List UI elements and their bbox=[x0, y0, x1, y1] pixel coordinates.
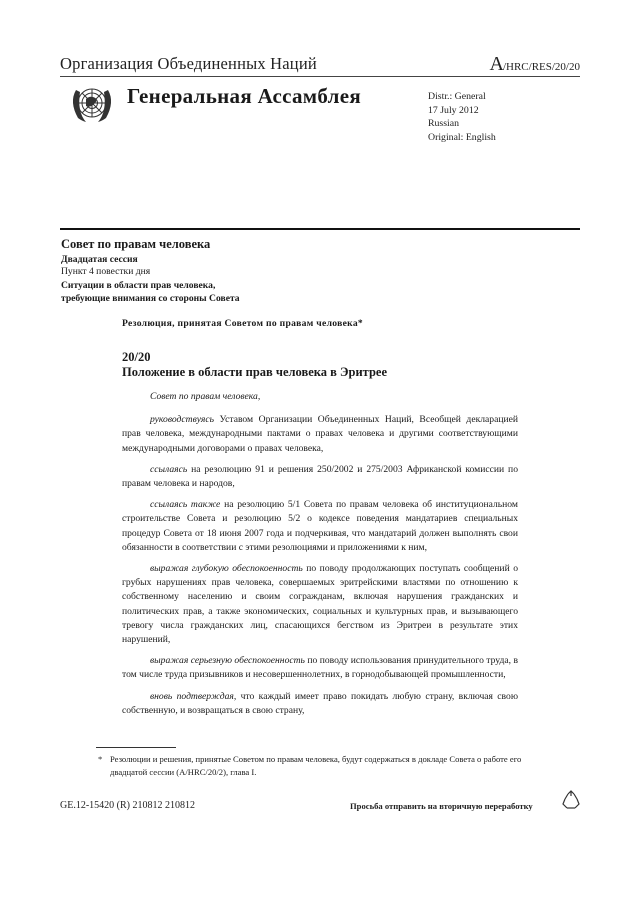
distribution-block: Distr.: General 17 July 2012 Russian Ori… bbox=[428, 90, 496, 144]
resolution-number: 20/20 bbox=[122, 350, 150, 365]
organization-name: Организация Объединенных Наций bbox=[60, 54, 317, 74]
document-symbol: A/HRC/RES/20/20 bbox=[490, 53, 580, 76]
paragraph-lead: вновь подтверждая bbox=[150, 691, 234, 702]
agenda-item: Пункт 4 повестки дня bbox=[61, 266, 150, 277]
assembly-title: Генеральная Ассамблея bbox=[127, 84, 361, 109]
footnote-rule bbox=[96, 747, 176, 748]
resolution-body: Совет по правам человека, руководствуясь… bbox=[122, 390, 518, 725]
paragraph-lead: ссылаясь также bbox=[150, 499, 220, 510]
footnote-text: Резолюции и решения, принятые Советом по… bbox=[110, 754, 521, 777]
preamble-paragraph: выражая серьезную обеспокоенность по пов… bbox=[122, 654, 518, 682]
header-rule bbox=[60, 76, 580, 77]
paragraph-lead: ссылаясь bbox=[150, 464, 187, 475]
agenda-title-line: Ситуации в области прав человека, bbox=[61, 279, 240, 292]
footnote-mark: * bbox=[98, 753, 102, 766]
distr-original: Original: English bbox=[428, 131, 496, 145]
un-emblem-icon bbox=[66, 82, 118, 126]
preamble-paragraph: ссылаясь на резолюцию 91 и решения 250/2… bbox=[122, 463, 518, 491]
section-rule bbox=[60, 228, 580, 230]
distr-language: Russian bbox=[428, 117, 496, 131]
session-label: Двадцатая сессия bbox=[61, 254, 138, 265]
paragraph-lead: Совет по правам человека, bbox=[150, 391, 260, 402]
council-name: Совет по правам человека bbox=[61, 237, 210, 252]
paragraph-lead: руководствуясь bbox=[150, 414, 214, 425]
resolution-title: Положение в области прав человека в Эрит… bbox=[122, 365, 387, 380]
recycle-icon bbox=[561, 790, 581, 812]
document-code: GE.12-15420 (R) 210812 210812 bbox=[60, 800, 195, 811]
agenda-title-line: требующие внимания со стороны Совета bbox=[61, 292, 240, 305]
preamble-paragraph: Совет по правам человека, bbox=[122, 390, 518, 404]
recycle-notice: Просьба отправить на вторичную переработ… bbox=[350, 801, 533, 811]
preamble-paragraph: выражая глубокую обеспокоенность по пово… bbox=[122, 562, 518, 647]
symbol-rest: /HRC/RES/20/20 bbox=[503, 61, 580, 73]
resolution-heading: Резолюция, принятая Советом по правам че… bbox=[122, 318, 363, 329]
footnote: * Резолюции и решения, принятые Советом … bbox=[110, 753, 530, 779]
paragraph-lead: выражая глубокую обеспокоенность bbox=[150, 563, 303, 574]
preamble-paragraph: вновь подтверждая, что каждый имеет прав… bbox=[122, 690, 518, 718]
distr-line: Distr.: General bbox=[428, 90, 496, 104]
paragraph-lead: выражая серьезную обеспокоенность bbox=[150, 655, 305, 666]
preamble-paragraph: руководствуясь Уставом Организации Объед… bbox=[122, 413, 518, 456]
preamble-paragraph: ссылаясь также на резолюцию 5/1 Совета п… bbox=[122, 498, 518, 555]
paragraph-text: по поводу продолжающих поступать сообщен… bbox=[122, 563, 518, 645]
symbol-letter: A bbox=[490, 53, 503, 75]
distr-date: 17 July 2012 bbox=[428, 104, 496, 118]
agenda-title: Ситуации в области прав человека, требую… bbox=[61, 279, 240, 305]
